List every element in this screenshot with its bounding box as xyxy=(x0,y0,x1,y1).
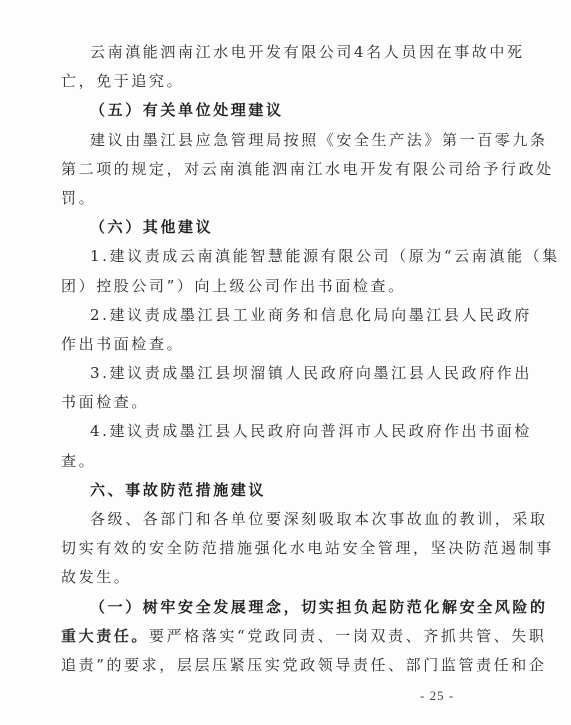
paragraph-line: 追责”的要求，层层压紧压实党政领导责任、部门监管责任和企 xyxy=(61,651,463,680)
paragraph-line: 重大责任。要严格落实“党政同责、一岗双责、齐抓共管、失职 xyxy=(61,622,463,651)
paragraph-line: 亡，免于追究。 xyxy=(61,67,463,96)
paragraph-line: 罚。 xyxy=(61,184,463,213)
list-item-2-cont: 作出书面检查。 xyxy=(61,330,463,359)
list-item-3-cont: 书面检查。 xyxy=(61,388,463,417)
paragraph-line: 建议由墨江县应急管理局按照《安全生产法》第一百零九条 xyxy=(61,126,463,155)
page-number: - 25 - xyxy=(420,688,454,704)
paragraph-line: 各级、各部门和各单位要深刻吸取本次事故血的教训，采取 xyxy=(61,505,463,534)
bold-lead-text: 重大责任。 xyxy=(61,627,149,645)
document-page: 云南滇能泗南江水电开发有限公司4名人员因在事故中死 亡，免于追究。 （五）有关单… xyxy=(0,0,571,725)
paragraph-line: 云南滇能泗南江水电开发有限公司4名人员因在事故中死 xyxy=(61,38,463,67)
subsection-heading-1: （一）树牢安全发展理念，切实担负起防范化解安全风险的 xyxy=(61,593,463,622)
section-heading-5: （五）有关单位处理建议 xyxy=(61,96,463,125)
paragraph-line: 故发生。 xyxy=(61,563,463,592)
section-heading-6: （六）其他建议 xyxy=(61,213,463,242)
list-item-4: 4.建议责成墨江县人民政府向普洱市人民政府作出书面检 xyxy=(61,417,463,446)
list-item-1-cont: 团）控股公司”）向上级公司作出书面检查。 xyxy=(61,272,463,301)
chapter-heading-6: 六、事故防范措施建议 xyxy=(61,476,463,505)
paragraph-line: 切实有效的安全防范措施强化水电站安全管理，坚决防范遏制事 xyxy=(61,534,463,563)
list-item-2: 2.建议责成墨江县工业商务和信息化局向墨江县人民政府 xyxy=(61,301,463,330)
paragraph-line: 第二项的规定，对云南滇能泗南江水电开发有限公司给予行政处 xyxy=(61,155,463,184)
body-text: 云南滇能泗南江水电开发有限公司4名人员因在事故中死 亡，免于追究。 （五）有关单… xyxy=(61,38,463,680)
list-item-4-cont: 查。 xyxy=(61,447,463,476)
list-item-3: 3.建议责成墨江县坝溜镇人民政府向墨江县人民政府作出 xyxy=(61,359,463,388)
list-item-1: 1.建议责成云南滇能智慧能源有限公司（原为“云南滇能（集 xyxy=(61,242,463,271)
